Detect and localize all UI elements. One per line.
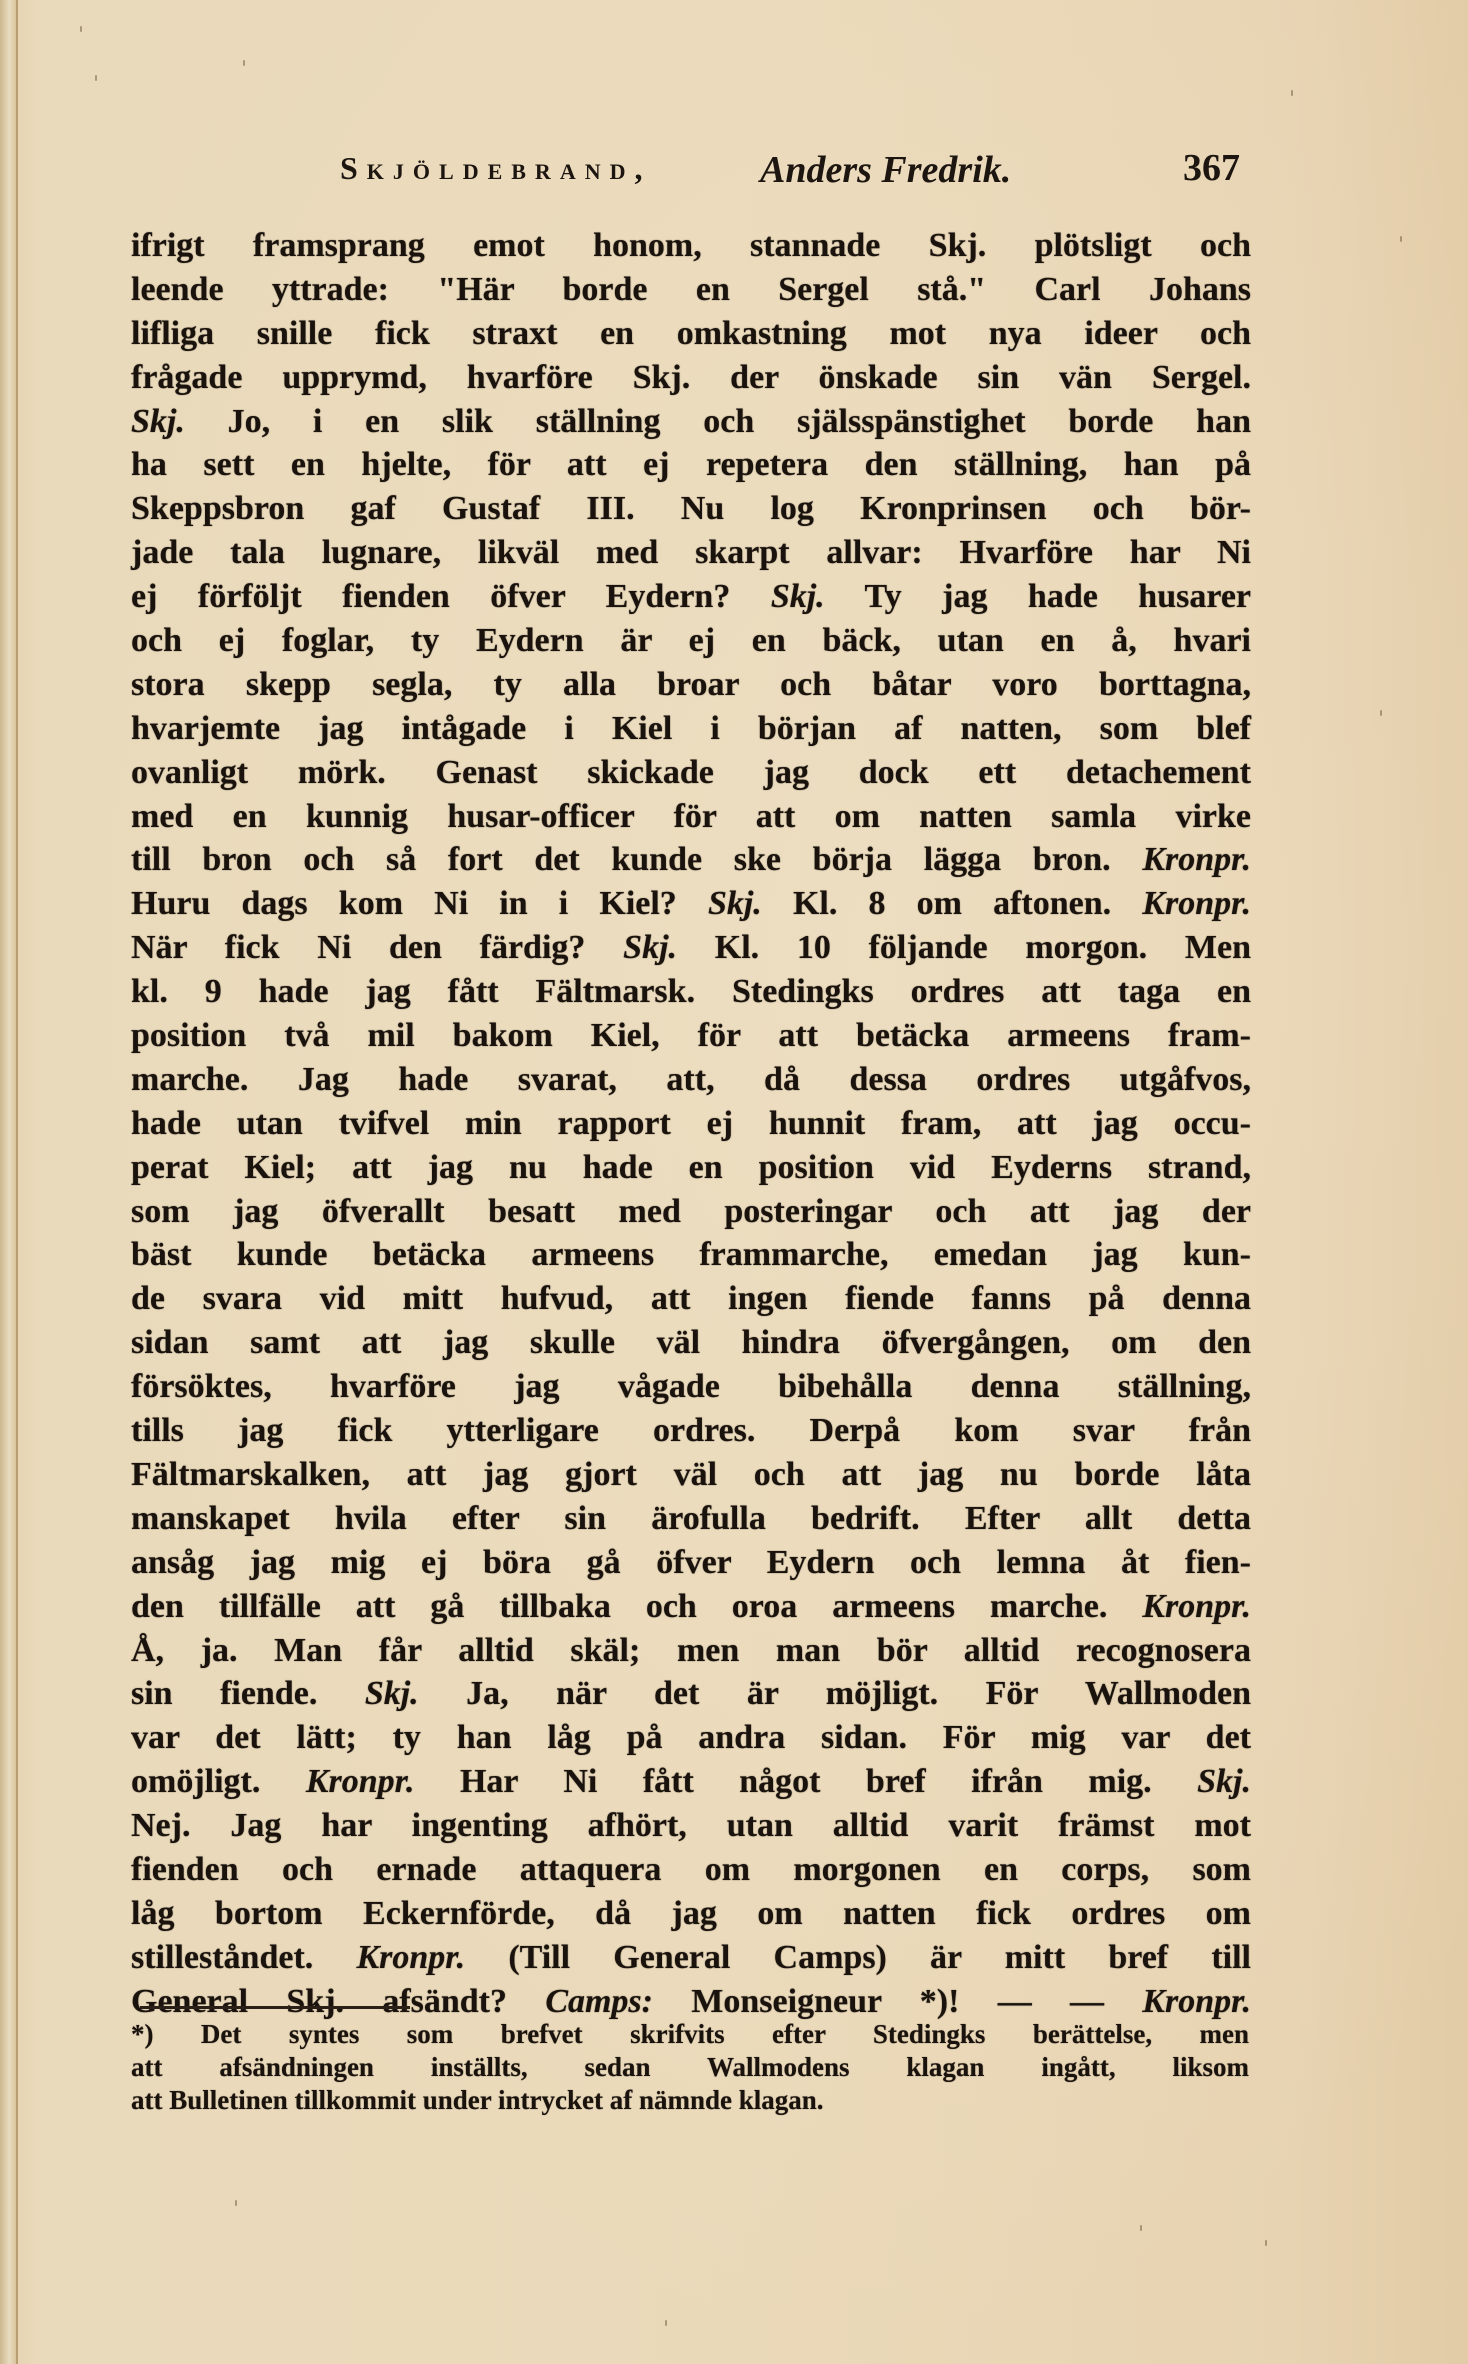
- footnote-line: att Bulletinen tillkommit under intrycke…: [131, 2084, 1249, 2117]
- text-line: som jag öfverallt besatt med posteringar…: [131, 1190, 1251, 1234]
- text-run: låg bortom Eckernförde, då jag om natten…: [131, 1895, 1251, 1932]
- text-line: sidan samt att jag skulle väl hindra öfv…: [131, 1321, 1251, 1365]
- text-run: manskapet hvila efter sin ärofulla bedri…: [131, 1500, 1251, 1537]
- paper-speck: [1400, 236, 1402, 242]
- text-line: perat Kiel; att jag nu hade en position …: [131, 1146, 1251, 1190]
- text-line: försöktes, hvarföre jag vågade bibehålla…: [131, 1365, 1251, 1409]
- text-run: perat Kiel; att jag nu hade en position …: [131, 1149, 1251, 1186]
- speaker-label: Skj.: [1197, 1763, 1251, 1800]
- text-run: position två mil bakom Kiel, för att bet…: [131, 1017, 1251, 1054]
- text-run: frågade upprymd, hvarföre Skj. der önska…: [131, 359, 1251, 396]
- text-run: sidan samt att jag skulle väl hindra öfv…: [131, 1324, 1251, 1361]
- text-run: ej förföljt fienden öfver Eydern?: [131, 578, 771, 615]
- text-line: lifliga snille fick straxt en omkastning…: [131, 312, 1251, 356]
- text-run: ifrigt framsprang emot honom, stannade S…: [131, 227, 1251, 264]
- text-line: Skeppsbron gaf Gustaf III. Nu log Kronpr…: [131, 487, 1251, 531]
- text-line: manskapet hvila efter sin ärofulla bedri…: [131, 1497, 1251, 1541]
- speaker-label: Skj.: [365, 1675, 419, 1712]
- paper-speck: [1265, 2240, 1267, 2246]
- text-run: Monseigneur *)! — —: [653, 1983, 1142, 2020]
- text-line: ha sett en hjelte, för att ej repetera d…: [131, 443, 1251, 487]
- text-run: tills jag fick ytterligare ordres. Derpå…: [131, 1412, 1251, 1449]
- text-run: leende yttrade: "Här borde en Sergel stå…: [131, 271, 1251, 308]
- text-line: ansåg jag mig ej böra gå öfver Eydern oc…: [131, 1541, 1251, 1585]
- text-run: den tillfälle att gå tillbaka och oroa a…: [131, 1588, 1142, 1625]
- text-run: kl. 9 hade jag fått Fältmarsk. Stedingks…: [131, 973, 1251, 1010]
- text-run: Har Ni fått något bref ifrån mig.: [415, 1763, 1198, 1800]
- text-run: hade utan tvifvel min rapport ej hunnit …: [131, 1105, 1251, 1142]
- text-run: omöjligt.: [131, 1763, 306, 1800]
- text-line: Skj. Jo, i en slik ställning och själssp…: [131, 400, 1251, 444]
- paper-speck: [1380, 710, 1382, 716]
- text-run: och ej foglar, ty Eydern är ej en bäck, …: [131, 622, 1251, 659]
- text-run: sin fiende.: [131, 1675, 365, 1712]
- text-line: Nej. Jag har ingenting afhört, utan allt…: [131, 1804, 1251, 1848]
- text-run: med en kunnig husar-officer för att om n…: [131, 798, 1251, 835]
- text-run: Å, ja. Man får alltid skäl; men man bör …: [131, 1632, 1251, 1669]
- text-line: leende yttrade: "Här borde en Sergel stå…: [131, 268, 1251, 312]
- text-line: hade utan tvifvel min rapport ej hunnit …: [131, 1102, 1251, 1146]
- text-line: Å, ja. Man får alltid skäl; men man bör …: [131, 1629, 1251, 1673]
- speaker-label: Kronpr.: [306, 1763, 415, 1800]
- text-line: med en kunnig husar-officer för att om n…: [131, 795, 1251, 839]
- text-run: bäst kunde betäcka armeens frammarche, e…: [131, 1236, 1251, 1273]
- paper-speck: [235, 2200, 237, 2206]
- text-run: Jo, i en slik ställning och själsspänsti…: [185, 403, 1251, 440]
- text-line: frågade upprymd, hvarföre Skj. der önska…: [131, 356, 1251, 400]
- text-line: de svara vid mitt hufvud, att ingen fien…: [131, 1277, 1251, 1321]
- footnote-line: *) Det syntes som brefvet skrifvits efte…: [131, 2018, 1249, 2051]
- paper-speck: [665, 2320, 667, 2326]
- text-line: var det lätt; ty han låg på andra sidan.…: [131, 1716, 1251, 1760]
- footnote-line: att afsändningen inställts, sedan Wallmo…: [131, 2051, 1249, 2084]
- paper-speck: [1291, 90, 1293, 96]
- text-run: stilleståndet.: [131, 1939, 356, 1976]
- text-run: jade tala lugnare, likväl med skarpt all…: [131, 534, 1251, 571]
- paper-speck: [243, 60, 245, 66]
- speaker-label: Kronpr.: [1142, 1983, 1251, 2020]
- text-line: Huru dags kom Ni in i Kiel? Skj. Kl. 8 o…: [131, 882, 1251, 926]
- text-line: omöjligt. Kronpr. Har Ni fått något bref…: [131, 1760, 1251, 1804]
- text-run: marche. Jag hade svarat, att, då dessa o…: [131, 1061, 1251, 1098]
- text-line: tills jag fick ytterligare ordres. Derpå…: [131, 1409, 1251, 1453]
- text-run: General Skj. afsändt?: [131, 1983, 545, 2020]
- text-line: stilleståndet. Kronpr. (Till General Cam…: [131, 1936, 1251, 1980]
- running-head: Skjöldebrand, Anders Fredrik. 367: [340, 150, 1240, 200]
- text-line: General Skj. afsändt? Camps: Monseigneur…: [131, 1980, 1251, 2024]
- text-line: bäst kunde betäcka armeens frammarche, e…: [131, 1233, 1251, 1277]
- text-line: den tillfälle att gå tillbaka och oroa a…: [131, 1585, 1251, 1629]
- speaker-label: Skj.: [131, 403, 185, 440]
- text-line: jade tala lugnare, likväl med skarpt all…: [131, 531, 1251, 575]
- text-run: fienden och ernade attaquera om morgonen…: [131, 1851, 1251, 1888]
- text-line: hvarjemte jag intågade i Kiel i början a…: [131, 707, 1251, 751]
- text-line: ifrigt framsprang emot honom, stannade S…: [131, 224, 1251, 268]
- paper-speck: [95, 75, 97, 81]
- text-run: Ja, när det är möjligt. För Wallmoden: [419, 1675, 1251, 1712]
- paper-speck: [1140, 2225, 1142, 2231]
- speaker-label: Skj.: [708, 885, 762, 922]
- speaker-label: Kronpr.: [356, 1939, 465, 1976]
- text-line: marche. Jag hade svarat, att, då dessa o…: [131, 1058, 1251, 1102]
- book-page: Skjöldebrand, Anders Fredrik. 367 ifrigt…: [0, 0, 1468, 2364]
- text-run: (Till General Camps) är mitt bref till: [465, 1939, 1251, 1976]
- text-run: ha sett en hjelte, för att ej repetera d…: [131, 446, 1251, 483]
- text-run: Skeppsbron gaf Gustaf III. Nu log Kronpr…: [131, 490, 1251, 527]
- text-run: När fick Ni den färdig?: [131, 929, 623, 966]
- running-head-given-names: Anders Fredrik.: [760, 148, 1011, 192]
- footnote-rule: [140, 2006, 410, 2009]
- text-run: hvarjemte jag intågade i Kiel i början a…: [131, 710, 1251, 747]
- speaker-label: Kronpr.: [1142, 885, 1251, 922]
- text-line: ovanligt mörk. Genast skickade jag dock …: [131, 751, 1251, 795]
- text-line: position två mil bakom Kiel, för att bet…: [131, 1014, 1251, 1058]
- speaker-label: Skj.: [623, 929, 677, 966]
- text-run: till bron och så fort det kunde ske börj…: [131, 841, 1142, 878]
- text-run: stora skepp segla, ty alla broar och båt…: [131, 666, 1251, 703]
- text-run: var det lätt; ty han låg på andra sidan.…: [131, 1719, 1251, 1756]
- body-text: ifrigt framsprang emot honom, stannade S…: [131, 224, 1251, 2024]
- text-line: fienden och ernade attaquera om morgonen…: [131, 1848, 1251, 1892]
- speaker-label: Camps:: [545, 1983, 653, 2020]
- text-line: ej förföljt fienden öfver Eydern? Skj. T…: [131, 575, 1251, 619]
- text-run: Kl. 10 följande morgon. Men: [677, 929, 1251, 966]
- text-run: Kl. 8 om aftonen.: [762, 885, 1142, 922]
- text-run: försöktes, hvarföre jag vågade bibehålla…: [131, 1368, 1251, 1405]
- speaker-label: Kronpr.: [1142, 841, 1251, 878]
- text-run: Ty jag hade husarer: [825, 578, 1251, 615]
- text-run: Huru dags kom Ni in i Kiel?: [131, 885, 708, 922]
- text-run: som jag öfverallt besatt med posteringar…: [131, 1193, 1251, 1230]
- page-gutter-edge: [0, 0, 18, 2364]
- text-line: Fältmarskalken, att jag gjort väl och at…: [131, 1453, 1251, 1497]
- text-run: lifliga snille fick straxt en omkastning…: [131, 315, 1251, 352]
- speaker-label: Skj.: [771, 578, 825, 615]
- paper-speck: [80, 26, 82, 32]
- text-line: stora skepp segla, ty alla broar och båt…: [131, 663, 1251, 707]
- text-line: låg bortom Eckernförde, då jag om natten…: [131, 1892, 1251, 1936]
- text-run: de svara vid mitt hufvud, att ingen fien…: [131, 1280, 1251, 1317]
- footnotes: *) Det syntes som brefvet skrifvits efte…: [131, 2018, 1249, 2117]
- text-run: ovanligt mörk. Genast skickade jag dock …: [131, 754, 1251, 791]
- running-head-surname: Skjöldebrand,: [340, 150, 651, 187]
- text-line: När fick Ni den färdig? Skj. Kl. 10 följ…: [131, 926, 1251, 970]
- text-line: till bron och så fort det kunde ske börj…: [131, 838, 1251, 882]
- text-run: Fältmarskalken, att jag gjort väl och at…: [131, 1456, 1251, 1493]
- text-run: Nej. Jag har ingenting afhört, utan allt…: [131, 1807, 1251, 1844]
- text-line: sin fiende. Skj. Ja, när det är möjligt.…: [131, 1672, 1251, 1716]
- text-line: och ej foglar, ty Eydern är ej en bäck, …: [131, 619, 1251, 663]
- speaker-label: Kronpr.: [1142, 1588, 1251, 1625]
- page-number: 367: [1183, 146, 1240, 190]
- text-line: kl. 9 hade jag fått Fältmarsk. Stedingks…: [131, 970, 1251, 1014]
- text-run: ansåg jag mig ej böra gå öfver Eydern oc…: [131, 1544, 1251, 1581]
